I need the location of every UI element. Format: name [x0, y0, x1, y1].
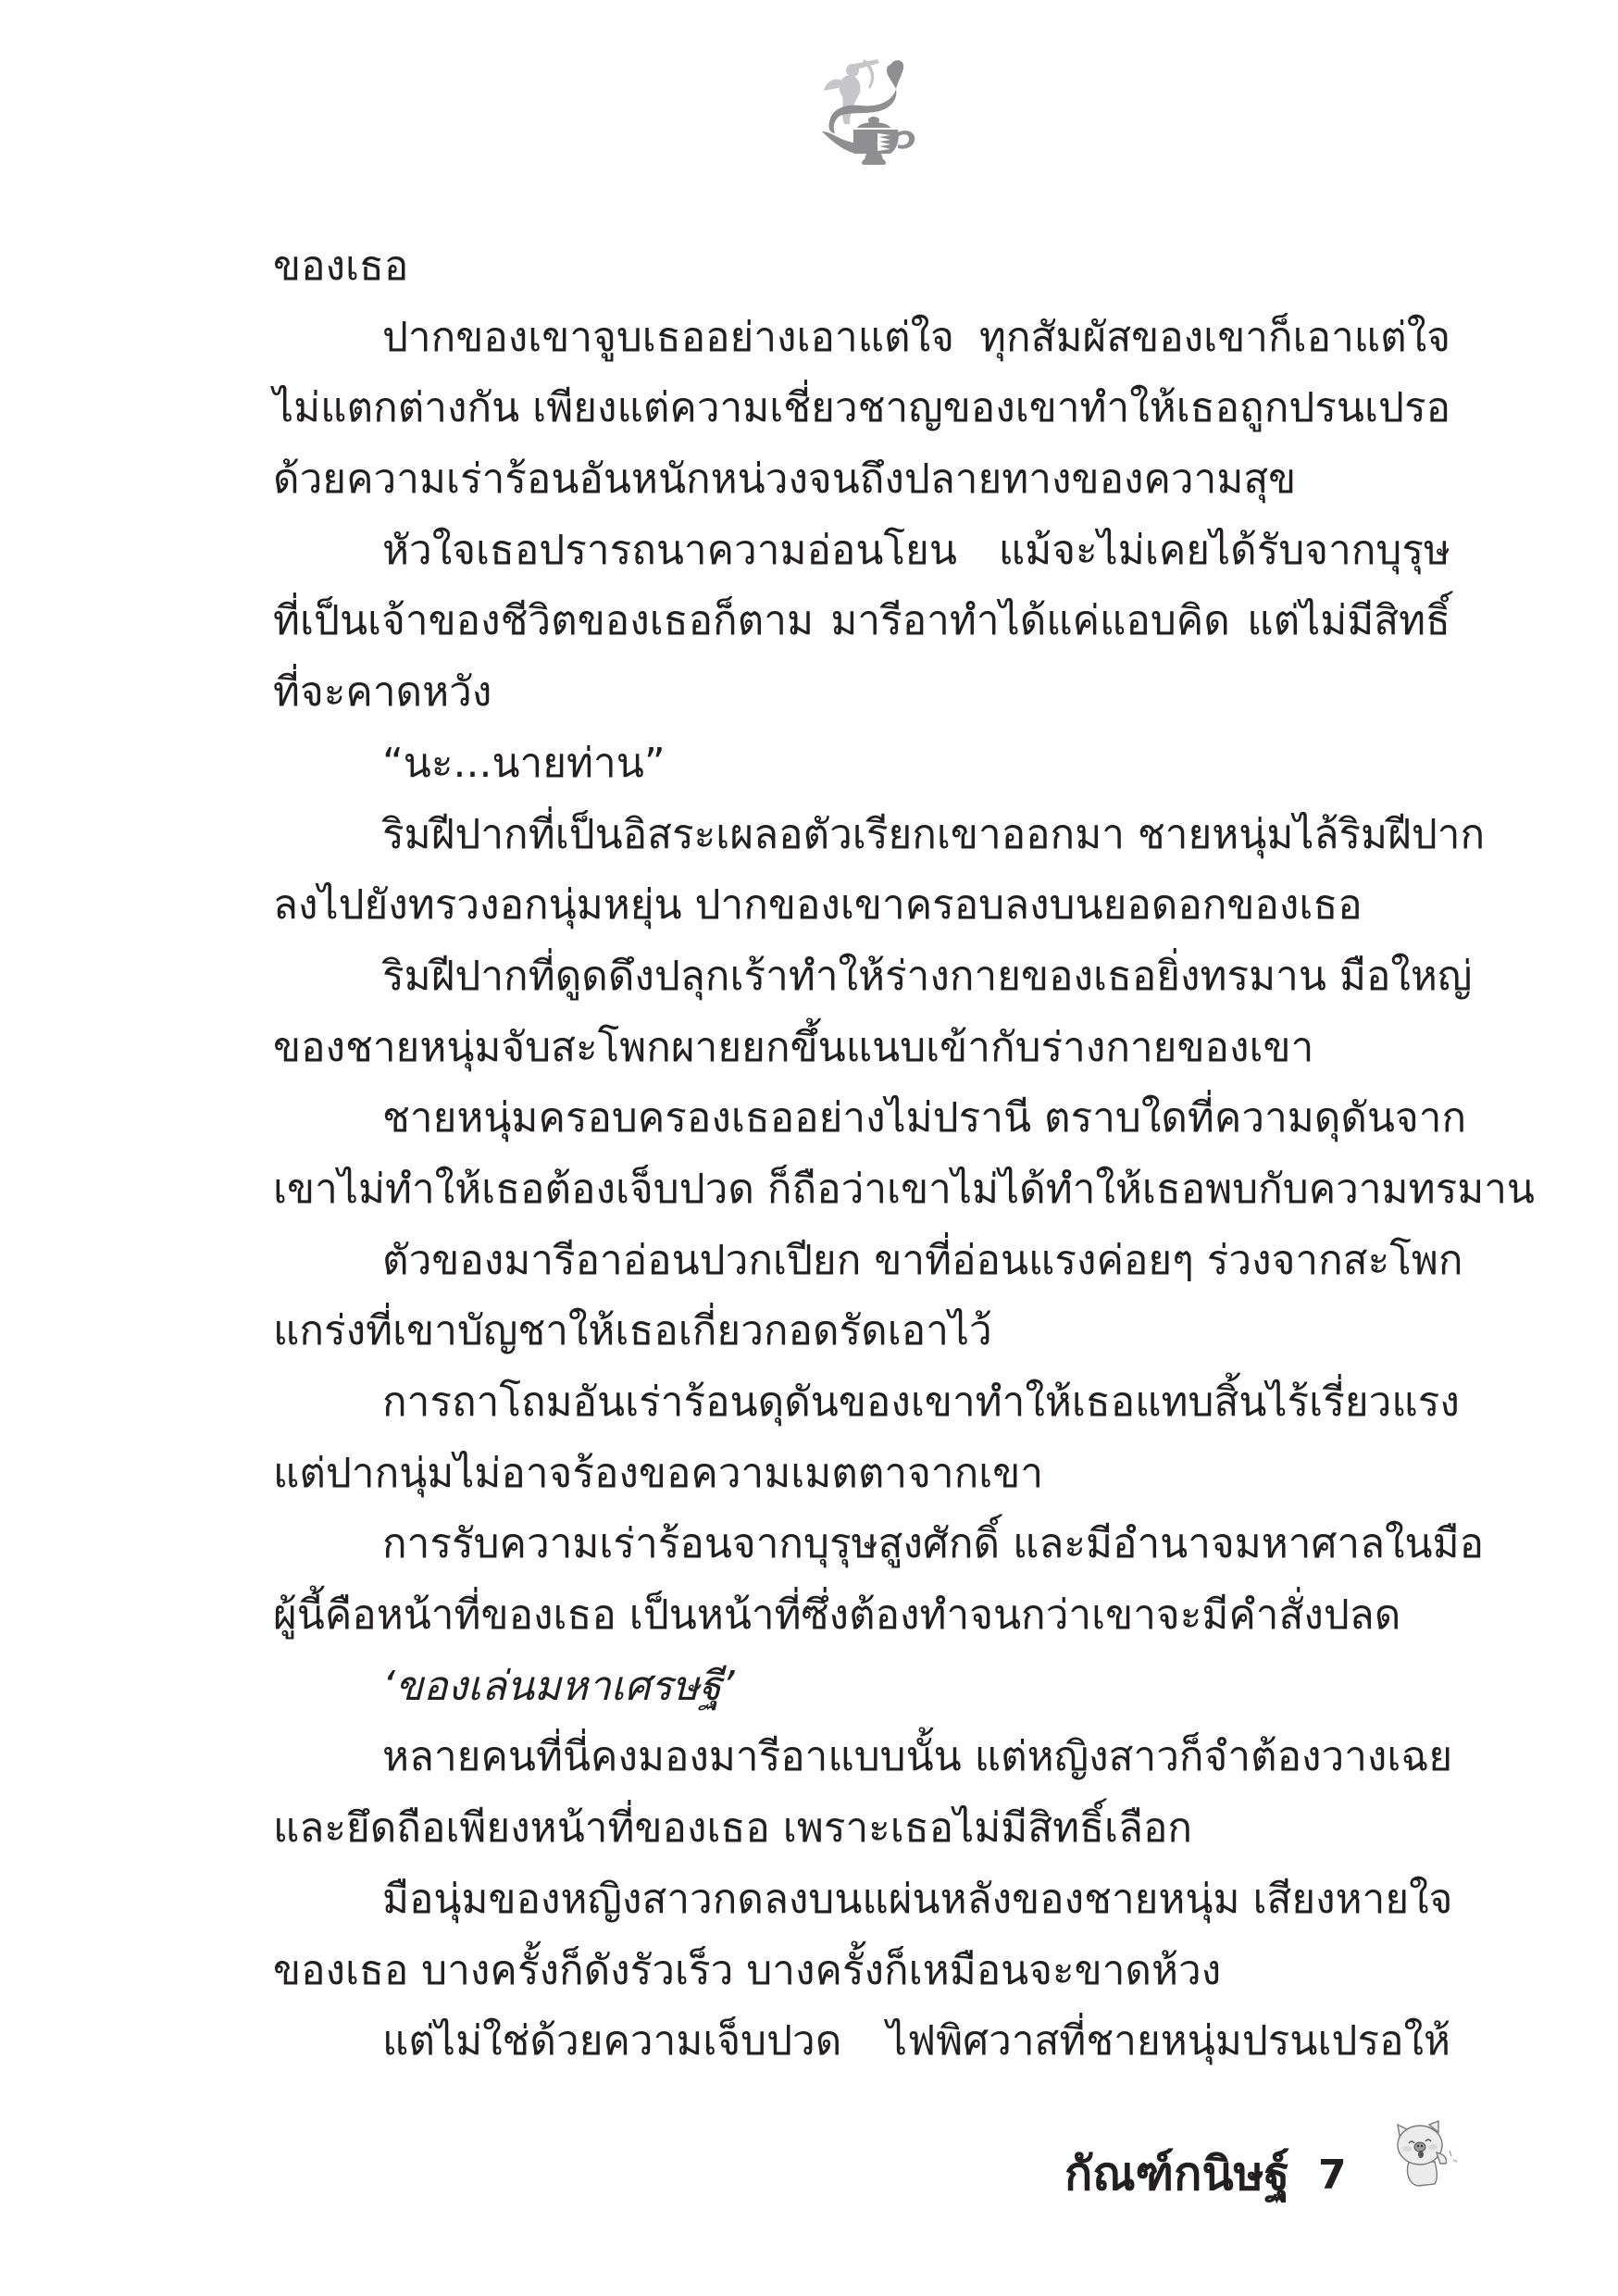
italic-thought-line: ‘ของเล่นมหาเศรษฐี’	[273, 1652, 1450, 1723]
text-line: แกร่งที่เขาบัญชาให้เธอเกี่ยวกอดรัดเอาไว้	[273, 1296, 1450, 1367]
text-line: หลายคนที่นี่คงมองมารีอาแบบนั้น แต่หญิงสา…	[273, 1722, 1450, 1793]
text-line: ตัวของมารีอาอ่อนปวกเปียก ขาที่อ่อนแรงค่อ…	[273, 1226, 1450, 1297]
text-line: เขาไม่ทำให้เธอต้องเจ็บปวด ก็ถือว่าเขาไม่…	[273, 1154, 1450, 1226]
text-line: การรับความเร่าร้อนจากบุรุษสูงศักดิ์ และม…	[273, 1509, 1450, 1580]
text-line: ผู้นี้คือหน้าที่ของเธอ เป็นหน้าที่ซึ่งต้…	[273, 1580, 1450, 1652]
text-line: ไม่แตกต่างกัน เพียงแต่ความเชี่ยวชาญของเข…	[273, 373, 1450, 444]
text-line: ริมฝีปากที่เป็นอิสระเผลอตัวเรียกเขาออกมา…	[273, 800, 1450, 871]
text-line: ของเธอ	[273, 231, 1450, 303]
book-title: กัณฑ์กนิษฐ์	[1064, 2146, 1289, 2202]
text-line: และยึดถือเพียงหน้าที่ของเธอ เพราะเธอไม่ม…	[273, 1793, 1450, 1865]
pig-mascot-icon	[1388, 2115, 1462, 2190]
text-line: การถาโถมอันเร่าร้อนดุดันของเขาทำให้เธอแท…	[273, 1367, 1450, 1439]
text-line: ของเธอ บางครั้งก็ดังรัวเร็ว บางครั้งก็เห…	[273, 1936, 1450, 2007]
text-line: ลงไปยังทรวงอกนุ่มหยุ่น ปากของเขาครอบลงบน…	[273, 870, 1450, 942]
text-line: ปากของเขาจูบเธออย่างเอาแต่ใจ ทุกสัมผัสขอ…	[273, 303, 1450, 374]
text-line: ริมฝีปากที่ดูดดึงปลุกเร้าทำให้ร่างกายของ…	[273, 942, 1450, 1013]
text-line: แต่ปากนุ่มไม่อาจร้องขอความเมตตาจากเขา	[273, 1439, 1450, 1510]
dialogue-line: “นะ...นายท่าน”	[273, 729, 1450, 800]
text-line: ด้วยความเร่าร้อนอันหนักหน่วงจนถึงปลายทาง…	[273, 444, 1450, 516]
text-line: ที่จะคาดหวัง	[273, 657, 1450, 729]
text-line: ชายหนุ่มครอบครองเธออย่างไม่ปรานี ตราบใดท…	[273, 1083, 1450, 1154]
text-line: แต่ไม่ใช่ด้วยความเจ็บปวด ไฟพิศวาสที่ชายห…	[273, 2006, 1450, 2078]
text-line: มือนุ่มของหญิงสาวกดลงบนแผ่นหลังของชายหนุ…	[273, 1865, 1450, 1936]
page-number: 7	[1318, 2150, 1347, 2202]
text-line: หัวใจเธอปรารถนาความอ่อนโยน แม้จะไม่เคยได…	[273, 516, 1450, 587]
page-body-text: ของเธอ ปากของเขาจูบเธออย่างเอาแต่ใจ ทุกส…	[273, 231, 1450, 2078]
text-line: ของชายหนุ่มจับสะโพกผายยกขึ้นแนบเข้ากับร่…	[273, 1013, 1450, 1084]
text-line: ที่เป็นเจ้าของชีวิตของเธอก็ตาม มารีอาทำไ…	[273, 586, 1450, 657]
genie-lamp-cupid-icon	[813, 57, 918, 165]
